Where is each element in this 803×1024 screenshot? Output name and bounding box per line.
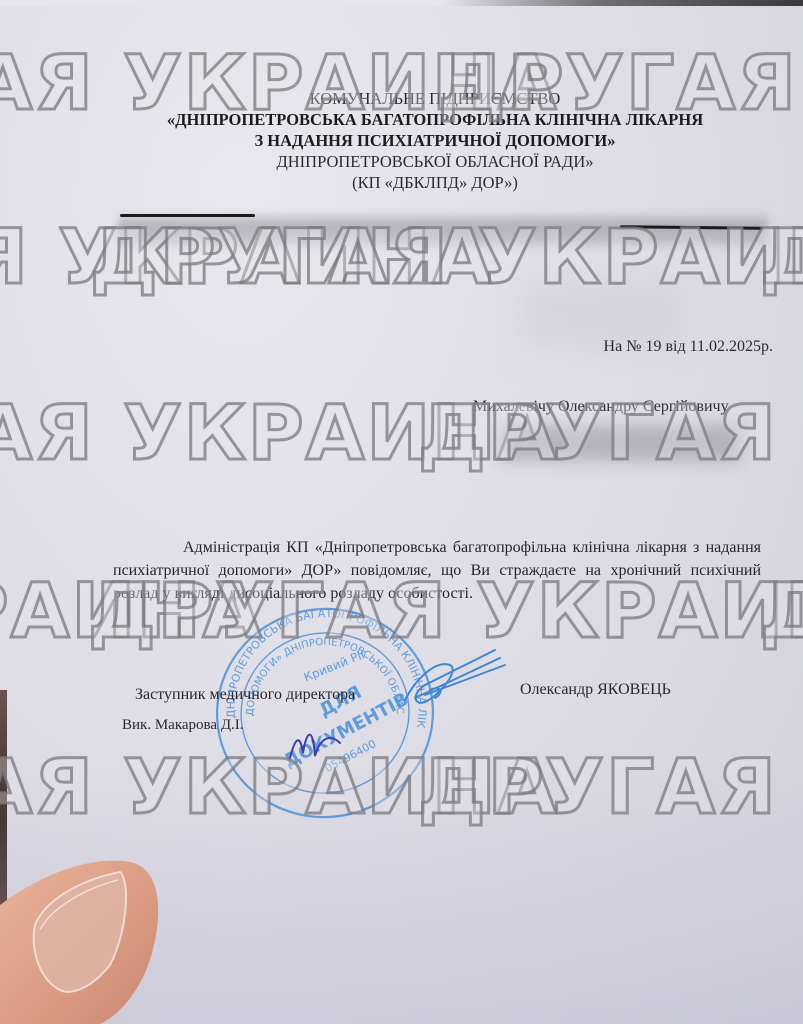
letterhead-line-5: (КП «ДБКЛПД» ДОР») <box>95 172 775 193</box>
redacted-address <box>500 425 740 461</box>
reference-number: На № 19 від 11.02.2025р. <box>604 338 773 356</box>
letter-body: Адміністрація КП «Дніпропетровська багат… <box>113 536 761 605</box>
body-paragraph: Адміністрація КП «Дніпропетровська багат… <box>113 536 761 605</box>
executor-initials-icon <box>285 718 345 768</box>
thumb-image <box>0 850 170 1024</box>
executor-name: Вик. Макарова Д.І. <box>122 717 244 734</box>
letterhead-line-2: «ДНІПРОПЕТРОВСЬКА БАГАТОПРОФІЛЬНА КЛІНІЧ… <box>95 109 775 130</box>
signature-icon <box>395 640 515 720</box>
letterhead-line-1: КОМУНАЛЬНЕ ПІДПРИЄМСТВО <box>95 88 775 109</box>
signatory-name: Олександр ЯКОВЕЦЬ <box>520 681 671 699</box>
signatory-title: Заступник медичного директора <box>135 686 355 704</box>
letterhead-line-3: З НАДАННЯ ПСИХІАТРИЧНОЇ ДОПОМОГИ» <box>95 130 775 151</box>
letterhead: КОМУНАЛЬНЕ ПІДПРИЄМСТВО «ДНІПРОПЕТРОВСЬК… <box>95 88 775 193</box>
letterhead-rule-left <box>120 214 255 217</box>
addressee: Михалевічу Олександру Сергійовичу <box>473 398 729 416</box>
letterhead-line-4: ДНІПРОПЕТРОВСЬКОЇ ОБЛАСНОЇ РАДИ» <box>95 151 775 172</box>
stamp-city: Кривий Ріг <box>302 646 370 684</box>
redacted-contact-line <box>118 212 768 250</box>
